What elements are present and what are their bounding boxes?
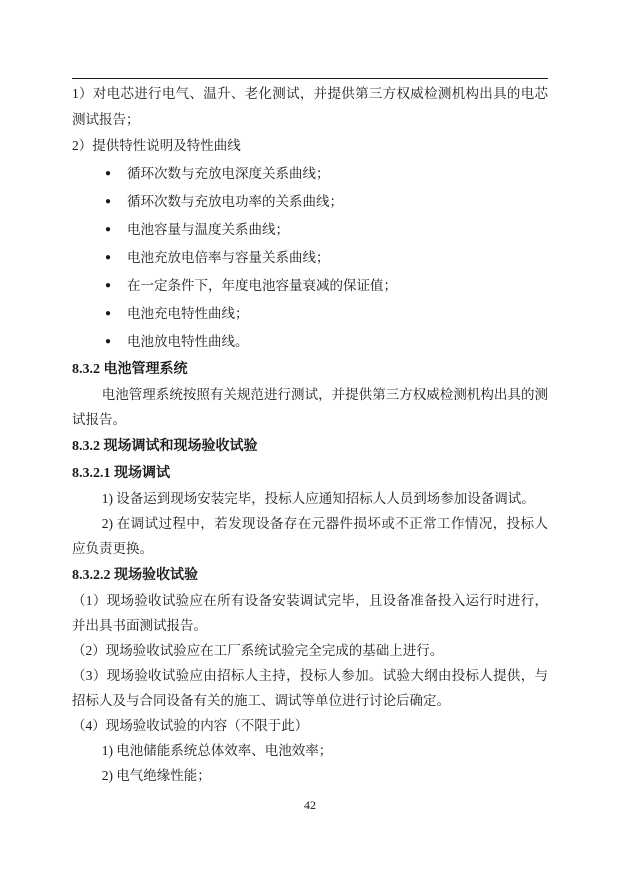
paragraph: （1）现场验收试验应在所有设备安装调试完毕，且设备准备投入运行时进行，并出具书面… — [72, 588, 548, 638]
bullet-icon: ● — [105, 161, 111, 187]
paragraph: （2）现场验收试验应在工厂系统试验完全完成的基础上进行。 — [72, 638, 548, 663]
numbered-item: 2) 电气绝缘性能； — [72, 763, 548, 788]
numbered-item: 1) 电池储能系统总体效率、电池效率； — [72, 738, 548, 763]
header-rule — [72, 78, 548, 79]
bullet-item: ●电池容量与温度关系曲线； — [72, 217, 548, 243]
paragraph: 电池管理系统按照有关规范进行测试，并提供第三方权威检测机构出具的测试报告。 — [72, 382, 548, 432]
bullet-text: 电池充放电倍率与容量关系曲线； — [127, 250, 330, 265]
numbered-item: 2) 在调试过程中，若发现设备存在元器件损坏或不正常工作情况，投标人应负责更换。 — [72, 511, 548, 561]
page-number: 42 — [0, 792, 620, 819]
bullet-text: 在一定条件下，年度电池容量衰减的保证值； — [127, 278, 397, 293]
document-page: 1）对电芯进行电气、温升、老化测试，并提供第三方权威检测机构出具的电芯测试报告；… — [0, 0, 620, 877]
bullet-icon: ● — [105, 245, 111, 271]
bullet-icon: ● — [105, 217, 111, 243]
bullet-icon: ● — [105, 189, 111, 215]
section-heading: 8.3.2.2 现场验收试验 — [72, 563, 548, 588]
paragraph: （4）现场验收试验的内容（不限于此） — [72, 713, 548, 738]
bullet-item: ●循环次数与充放电深度关系曲线； — [72, 161, 548, 187]
section-heading: 8.3.2 现场调试和现场验收试验 — [72, 434, 548, 459]
section-heading: 8.3.2 电池管理系统 — [72, 357, 548, 382]
document-body: 1）对电芯进行电气、温升、老化测试，并提供第三方权威检测机构出具的电芯测试报告；… — [72, 78, 548, 788]
paragraph: 1）对电芯进行电气、温升、老化测试，并提供第三方权威检测机构出具的电芯测试报告； — [72, 81, 548, 133]
bullet-icon: ● — [105, 273, 111, 299]
paragraph: （3）现场验收试验应由招标人主持，投标人参加。试验大纲由投标人提供，与招标人及与… — [72, 663, 548, 713]
numbered-item: 1) 设备运到现场安装完毕，投标人应通知招标人人员到场参加设备调试。 — [72, 486, 548, 511]
bullet-item: ●电池放电特性曲线。 — [72, 329, 548, 355]
bullet-item: ●循环次数与充放电功率的关系曲线； — [72, 189, 548, 215]
bullet-text: 电池充电特性曲线； — [127, 306, 249, 321]
bullet-text: 循环次数与充放电功率的关系曲线； — [127, 194, 343, 209]
bullet-item: ●电池充电特性曲线； — [72, 301, 548, 327]
bullet-text: 循环次数与充放电深度关系曲线； — [127, 166, 330, 181]
bullet-item: ●电池充放电倍率与容量关系曲线； — [72, 245, 548, 271]
bullet-icon: ● — [105, 301, 111, 327]
bullet-item: ●在一定条件下，年度电池容量衰减的保证值； — [72, 273, 548, 299]
bullet-icon: ● — [105, 329, 111, 355]
section-heading: 8.3.2.1 现场调试 — [72, 461, 548, 486]
bullet-text: 电池容量与温度关系曲线； — [127, 222, 289, 237]
paragraph: 2）提供特性说明及特性曲线 — [72, 133, 548, 159]
bullet-text: 电池放电特性曲线。 — [127, 334, 249, 349]
